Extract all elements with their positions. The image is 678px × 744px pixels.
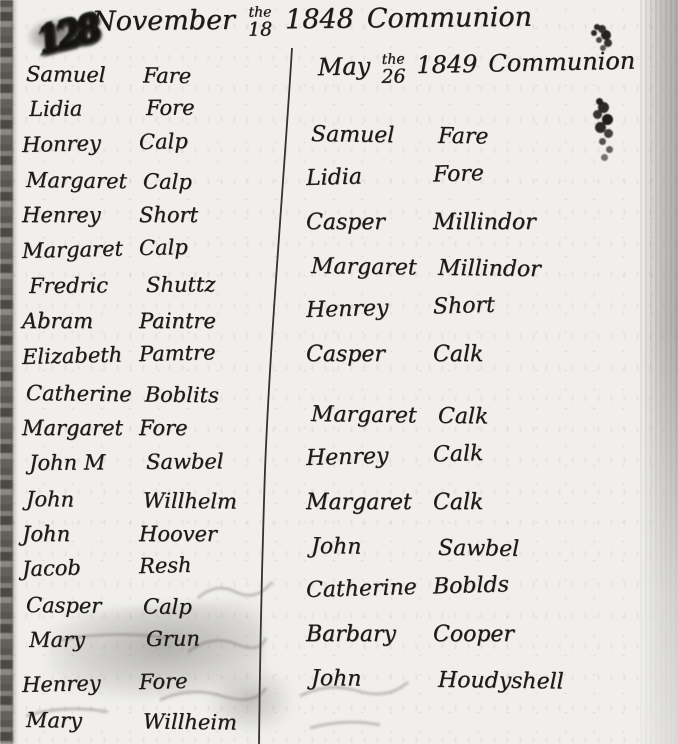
last-name: Willheim xyxy=(143,709,237,734)
communicant-row: MaryGrun xyxy=(29,620,237,657)
first-name: Casper xyxy=(306,210,420,235)
first-name: Samuel xyxy=(311,122,425,149)
communicant-row: JohnHoudyshell xyxy=(311,656,636,705)
left-column-name-list: SamuelFare LidiaFore HonreyCalp Margaret… xyxy=(22,56,237,737)
first-name: Lidia xyxy=(306,162,421,190)
communicant-row: LidiaFore xyxy=(29,90,237,127)
first-name: Henrey xyxy=(306,442,421,470)
last-name: Fore xyxy=(139,668,188,693)
first-name: Margaret xyxy=(306,490,420,515)
first-name: Fredric xyxy=(29,273,133,298)
first-name: John M xyxy=(29,450,133,475)
last-name: Paintre xyxy=(139,309,216,333)
communicant-row: HonreyCalp xyxy=(22,122,238,163)
first-name: Margaret xyxy=(22,236,127,263)
communicant-row: JacobResh xyxy=(22,546,238,587)
communicant-row: HenreyFore xyxy=(22,661,238,702)
last-name: Short xyxy=(139,203,198,227)
first-name: Elizabeth xyxy=(22,342,127,369)
last-name: Willhelm xyxy=(143,488,237,513)
last-name: Boblits xyxy=(145,382,219,407)
first-name: Lidia xyxy=(29,96,133,121)
communicant-row: CatherineBoblds xyxy=(305,559,636,612)
first-name: Abram xyxy=(22,309,126,333)
first-name: Margaret xyxy=(26,168,130,193)
first-name: John xyxy=(311,666,425,693)
last-name: Grun xyxy=(146,626,200,650)
communicant-row: MaryWillheim xyxy=(26,702,237,740)
last-name: Fore xyxy=(146,96,195,120)
communicant-row: LidiaFore xyxy=(305,147,636,200)
communicant-row: MargaretCalk xyxy=(306,480,636,524)
communicant-row: MargaretCalp xyxy=(22,228,238,269)
communicant-row: JohnWillhelm xyxy=(26,481,237,519)
last-name: Shuttz xyxy=(146,272,216,297)
header-year: 1849 xyxy=(416,50,478,79)
last-name: Sawbel xyxy=(438,535,520,561)
last-name: Fare xyxy=(438,123,489,149)
header-title: Communion xyxy=(488,47,635,78)
communicant-row: MargaretFore xyxy=(22,410,237,445)
first-name: Mary xyxy=(26,708,130,733)
first-name: Mary xyxy=(29,627,133,652)
communicant-row: FredricShuttz xyxy=(29,267,237,304)
first-name: John xyxy=(311,534,425,561)
first-name: Henrey xyxy=(306,294,421,322)
first-name: Henrey xyxy=(22,670,127,697)
ink-blot xyxy=(594,24,600,30)
communicant-row: CasperCalk xyxy=(306,332,636,376)
last-name: Calp xyxy=(143,594,192,619)
first-name: Henrey xyxy=(22,203,126,227)
last-name: Calk xyxy=(433,490,483,515)
last-name: Hoover xyxy=(139,522,217,546)
first-name: John xyxy=(26,486,130,511)
last-name: Calk xyxy=(433,342,483,367)
last-name: Calp xyxy=(139,128,188,153)
first-name: John xyxy=(22,522,126,546)
communicant-row: John MSawbel xyxy=(29,443,237,480)
communicant-row: CasperCalp xyxy=(26,587,237,625)
header-day: 18 xyxy=(248,20,272,39)
first-name: Samuel xyxy=(26,62,130,87)
first-name: Casper xyxy=(26,593,130,618)
header-day: 26 xyxy=(381,67,406,87)
right-column-header: May the 26 1849 Communion xyxy=(305,47,636,116)
communicant-row: HenreyShort xyxy=(305,279,636,332)
first-name: Jacob xyxy=(22,555,127,582)
communicant-row: MargaretCalp xyxy=(26,162,237,200)
last-name: Millindor xyxy=(433,210,536,235)
page-right-edge-band xyxy=(640,0,678,744)
last-name: Calp xyxy=(139,235,188,260)
page-left-binding-edge xyxy=(0,0,13,744)
communicant-row: ElizabethPamtre xyxy=(22,334,238,375)
last-name: Sawbel xyxy=(146,449,224,474)
first-name: Casper xyxy=(306,342,420,367)
communicant-row: BarbaryCooper xyxy=(306,612,636,656)
communicant-row: SamuelFare xyxy=(26,56,237,94)
first-name: Honrey xyxy=(22,130,127,157)
communicant-row: HenreyCalk xyxy=(305,427,636,480)
first-name: Margaret xyxy=(311,402,425,429)
last-name: Calp xyxy=(143,169,192,194)
last-name: Short xyxy=(433,292,496,319)
last-name: Fore xyxy=(433,161,485,187)
last-name: Houdyshell xyxy=(438,667,564,694)
last-name: Fore xyxy=(139,416,188,440)
header-month: November xyxy=(92,5,235,41)
header-date-stack: the 26 xyxy=(381,52,406,86)
communicant-row: CatherineBoblits xyxy=(26,375,237,413)
first-name: Barbary xyxy=(306,622,420,647)
scanned-communion-record-page: 128 November the 18 1848 Communion Samue… xyxy=(0,0,678,744)
last-name: Calk xyxy=(438,403,489,429)
last-name: Fare xyxy=(143,63,191,88)
first-name: Margaret xyxy=(22,416,126,440)
communicant-row: CasperMillindor xyxy=(306,200,636,244)
first-name: Catherine xyxy=(26,380,132,405)
page-number: 128 xyxy=(32,7,101,62)
first-name: Catherine xyxy=(306,574,421,602)
header-year: 1848 xyxy=(285,4,354,40)
header-title: Communion xyxy=(367,2,533,39)
last-name: Resh xyxy=(139,553,192,578)
header-date-stack: the 18 xyxy=(248,5,273,39)
right-column-name-list: May the 26 1849 Communion SamuelFare Lid… xyxy=(306,50,636,700)
main-header: November the 18 1848 Communion xyxy=(92,2,532,42)
last-name: Boblds xyxy=(433,572,510,599)
last-name: Calk xyxy=(433,441,484,467)
header-month: May xyxy=(317,52,370,81)
last-name: Cooper xyxy=(433,622,514,647)
last-name: Millindor xyxy=(438,255,541,281)
first-name: Margaret xyxy=(311,254,425,281)
last-name: Pamtre xyxy=(139,340,216,366)
